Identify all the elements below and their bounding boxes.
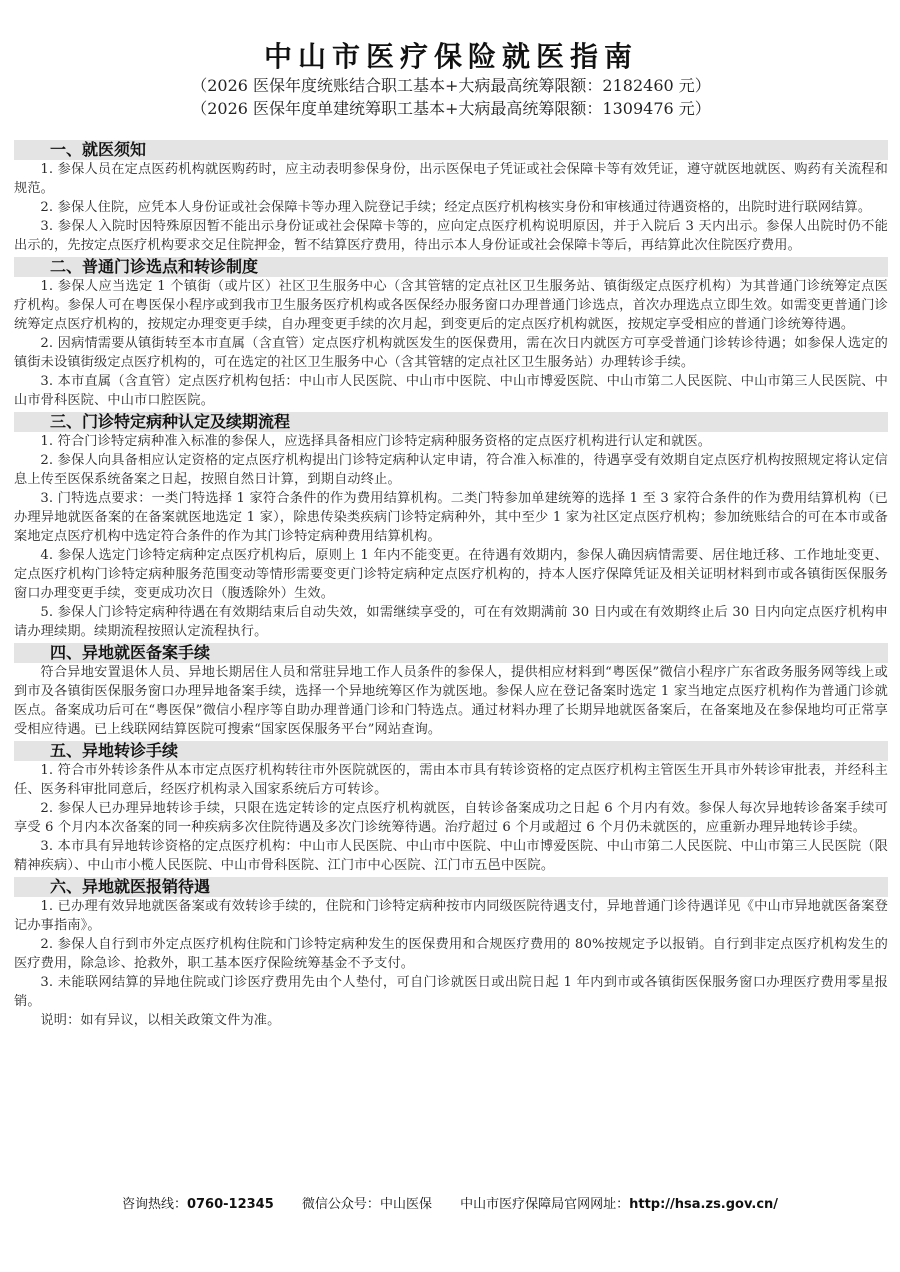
section-remote-reimbursement: 六、异地就医报销待遇 1. 已办理有效异地就医备案或有效转诊手续的，住院和门诊特… bbox=[14, 877, 888, 1030]
section-heading: 四、异地就医备案手续 bbox=[14, 643, 888, 663]
paragraph: 2. 参保人自行到市外定点医疗机构住院和门诊特定病种发生的医保费用和合规医疗费用… bbox=[14, 935, 888, 973]
paragraph: 1. 参保人员在定点医药机构就医购药时，应主动表明参保身份，出示医保电子凭证或社… bbox=[14, 160, 888, 198]
subtitle-combined-limit: （2026 医保年度统账结合职工基本+大病最高统筹限额：2182460 元） bbox=[14, 74, 888, 97]
contact-footer: 咨询热线：0760-12345 微信公众号：中山医保 中山市医疗保障局官网网址：… bbox=[0, 1193, 900, 1212]
paragraph: 符合异地安置退休人员、异地长期居住人员和常驻异地工作人员条件的参保人，提供相应材… bbox=[14, 663, 888, 739]
guide-document: 中山市医疗保险就医指南 （2026 医保年度统账结合职工基本+大病最高统筹限额：… bbox=[14, 0, 888, 1030]
website-label: 中山市医疗保障局官网网址： bbox=[460, 1197, 629, 1212]
paragraph: 4. 参保人选定门诊特定病种定点医疗机构后，原则上 1 年内不能变更。在待遇有效… bbox=[14, 546, 888, 603]
paragraph: 2. 参保人已办理异地转诊手续，只限在选定转诊的定点医疗机构就医，自转诊备案成功… bbox=[14, 799, 888, 837]
paragraph: 1. 符合市外转诊条件从本市定点医疗机构转往市外医院就医的，需由本市具有转诊资格… bbox=[14, 761, 888, 799]
paragraph: 2. 参保人住院，应凭本人身份证或社会保障卡等办理入院登记手续；经定点医疗机构核… bbox=[14, 198, 888, 217]
section-remote-registration: 四、异地就医备案手续 符合异地安置退休人员、异地长期居住人员和常驻异地工作人员条… bbox=[14, 643, 888, 739]
paragraph: 5. 参保人门诊特定病种待遇在有效期结束后自动失效，如需继续享受的，可在有效期满… bbox=[14, 603, 888, 641]
hotline-label: 咨询热线： bbox=[122, 1197, 187, 1212]
paragraph: 3. 本市直属（含直管）定点医疗机构包括：中山市人民医院、中山市中医院、中山市博… bbox=[14, 372, 888, 410]
section-special-disease: 三、门诊特定病种认定及续期流程 1. 符合门诊特定病种准入标准的参保人，应选择具… bbox=[14, 412, 888, 641]
section-heading: 六、异地就医报销待遇 bbox=[14, 877, 888, 897]
section-heading: 二、普通门诊选点和转诊制度 bbox=[14, 257, 888, 277]
disclaimer-note: 说明：如有异议，以相关政策文件为准。 bbox=[14, 1011, 888, 1030]
hotline-number[interactable]: 0760-12345 bbox=[187, 1197, 274, 1212]
website: 中山市医疗保障局官网网址：http://hsa.zs.gov.cn/ bbox=[460, 1197, 778, 1212]
paragraph: 3. 参保人入院时因特殊原因暂不能出示身份证或社会保障卡等的，应向定点医疗机构说… bbox=[14, 217, 888, 255]
section-remote-referral: 五、异地转诊手续 1. 符合市外转诊条件从本市定点医疗机构转往市外医院就医的，需… bbox=[14, 741, 888, 875]
section-heading: 三、门诊特定病种认定及续期流程 bbox=[14, 412, 888, 432]
section-medical-notice: 一、就医须知 1. 参保人员在定点医药机构就医购药时，应主动表明参保身份，出示医… bbox=[14, 140, 888, 255]
section-heading: 五、异地转诊手续 bbox=[14, 741, 888, 761]
paragraph: 1. 已办理有效异地就医备案或有效转诊手续的，住院和门诊特定病种按市内同级医院待… bbox=[14, 897, 888, 935]
paragraph: 3. 本市具有异地转诊资格的定点医疗机构：中山市人民医院、中山市中医院、中山市博… bbox=[14, 837, 888, 875]
paragraph: 3. 门特选点要求：一类门特选择 1 家符合条件的作为费用结算机构。二类门特参加… bbox=[14, 489, 888, 546]
paragraph: 1. 参保人应当选定 1 个镇街（或片区）社区卫生服务中心（含其管辖的定点社区卫… bbox=[14, 277, 888, 334]
section-heading: 一、就医须知 bbox=[14, 140, 888, 160]
hotline: 咨询热线：0760-12345 bbox=[122, 1197, 274, 1212]
website-link[interactable]: http://hsa.zs.gov.cn/ bbox=[629, 1197, 778, 1212]
subtitle-single-limit: （2026 医保年度单建统筹职工基本+大病最高统筹限额：1309476 元） bbox=[14, 97, 888, 120]
wechat-value: 中山医保 bbox=[380, 1197, 432, 1212]
paragraph: 2. 因病情需要从镇街转至本市直属（含直管）定点医疗机构就医发生的医保费用，需在… bbox=[14, 334, 888, 372]
paragraph: 2. 参保人向具备相应认定资格的定点医疗机构提出门诊特定病种认定申请，符合准入标… bbox=[14, 451, 888, 489]
section-outpatient-referral: 二、普通门诊选点和转诊制度 1. 参保人应当选定 1 个镇街（或片区）社区卫生服… bbox=[14, 257, 888, 410]
wechat-label: 微信公众号： bbox=[302, 1197, 380, 1212]
wechat-account: 微信公众号：中山医保 bbox=[302, 1197, 432, 1212]
paragraph: 3. 未能联网结算的异地住院或门诊医疗费用先由个人垫付，可自门诊就医日或出院日起… bbox=[14, 973, 888, 1011]
page-title: 中山市医疗保险就医指南 bbox=[14, 40, 888, 74]
paragraph: 1. 符合门诊特定病种准入标准的参保人，应选择具备相应门诊特定病种服务资格的定点… bbox=[14, 432, 888, 451]
